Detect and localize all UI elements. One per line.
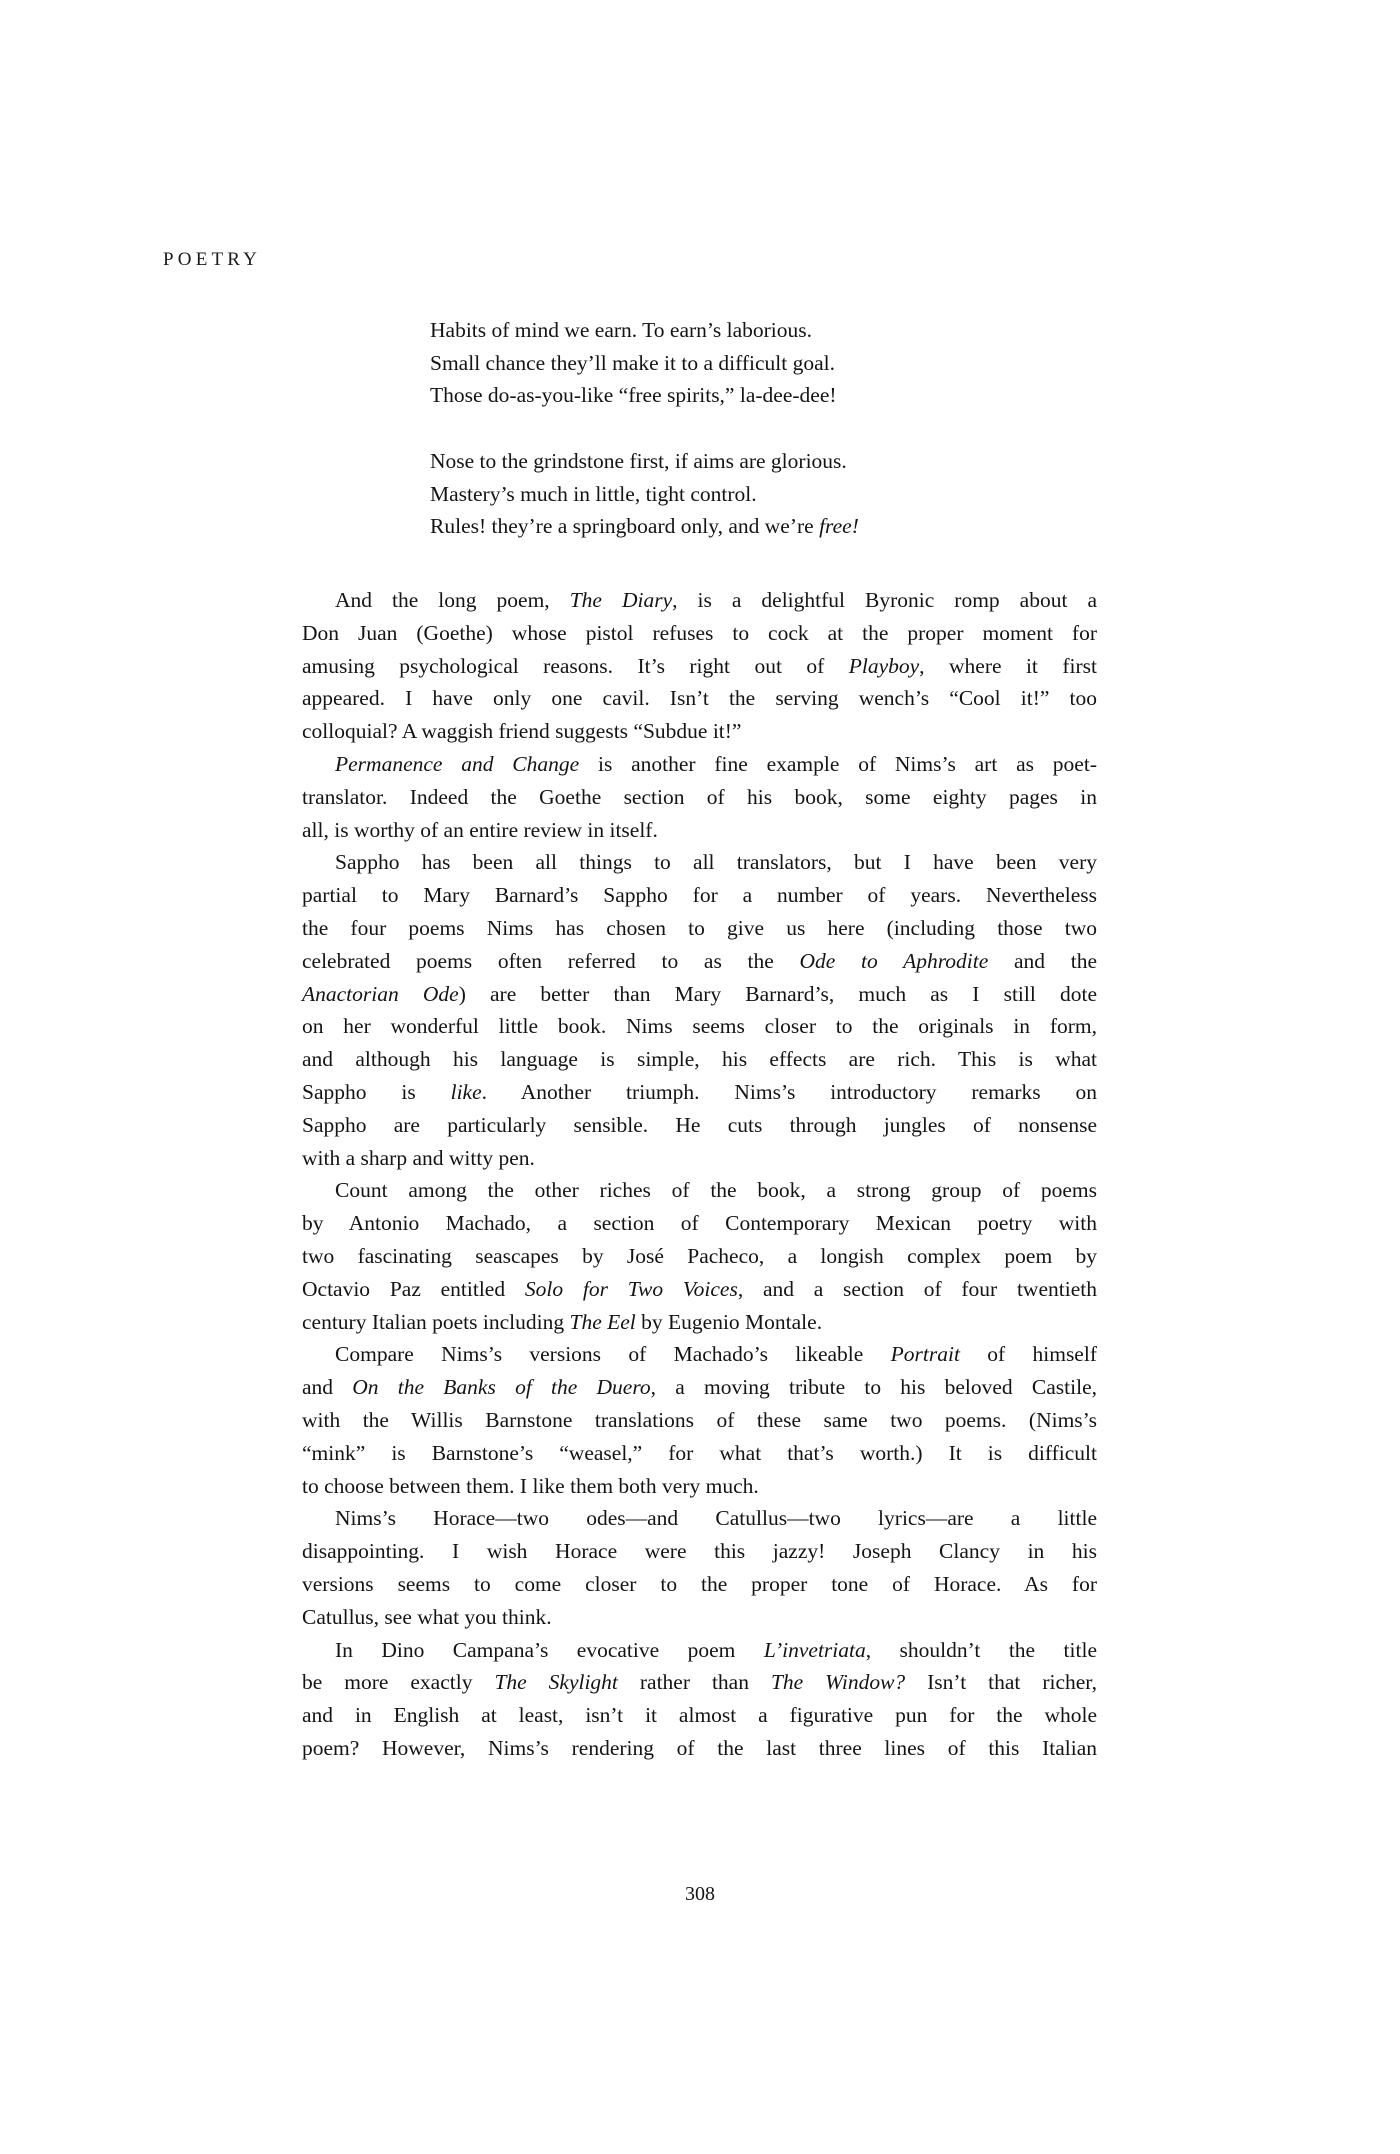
text-segment: and although his language is simple, his… bbox=[302, 1047, 1097, 1071]
italic-title: free! bbox=[819, 514, 859, 538]
text-line: the four poems Nims has chosen to give u… bbox=[302, 912, 1097, 945]
text-segment: and in English at least, isn’t it almost… bbox=[302, 1703, 1097, 1727]
poem-line: Rules! they’re a springboard only, and w… bbox=[430, 510, 859, 543]
text-segment: , is a delightful Byronic romp about a bbox=[672, 588, 1097, 612]
text-line: In Dino Campana’s evocative poem L’invet… bbox=[302, 1634, 1097, 1667]
poem-line: Those do-as-you-like “free spirits,” la-… bbox=[430, 379, 859, 412]
text-line: disappointing. I wish Horace were this j… bbox=[302, 1535, 1097, 1568]
text-line: Permanence and Change is another fine ex… bbox=[302, 748, 1097, 781]
text-segment: the four poems Nims has chosen to give u… bbox=[302, 916, 1097, 940]
text-segment: , a moving tribute to his beloved Castil… bbox=[651, 1375, 1097, 1399]
text-line: two fascinating seascapes by José Pachec… bbox=[302, 1240, 1097, 1273]
text-segment: be more exactly bbox=[302, 1670, 494, 1694]
text-line: Sappho are particularly sensible. He cut… bbox=[302, 1109, 1097, 1142]
poem-stanza: Habits of mind we earn. To earn’s labori… bbox=[430, 314, 859, 412]
text-segment: by Eugenio Montale. bbox=[636, 1310, 822, 1334]
italic-title: L’invetriata bbox=[764, 1638, 866, 1662]
text-segment: Mastery’s much in little, tight control. bbox=[430, 482, 757, 506]
italic-title: Permanence and Change bbox=[335, 752, 579, 776]
text-segment: Habits of mind we earn. To earn’s labori… bbox=[430, 318, 812, 342]
italic-title: Playboy bbox=[849, 654, 919, 678]
text-segment: Sappho are particularly sensible. He cut… bbox=[302, 1113, 1097, 1137]
text-segment: Octavio Paz entitled bbox=[302, 1277, 525, 1301]
text-line: with a sharp and witty pen. bbox=[302, 1142, 1097, 1175]
text-segment: with the Willis Barnstone translations o… bbox=[302, 1408, 1097, 1432]
text-segment: Compare Nims’s versions of Machado’s lik… bbox=[335, 1342, 891, 1366]
text-segment: is another fine example of Nims’s art as… bbox=[579, 752, 1097, 776]
italic-title: Portrait bbox=[891, 1342, 960, 1366]
paragraph: Count among the other riches of the book… bbox=[302, 1174, 1097, 1338]
text-segment: Sappho is bbox=[302, 1080, 451, 1104]
text-segment: to choose between them. I like them both… bbox=[302, 1474, 759, 1498]
text-segment: century Italian poets including bbox=[302, 1310, 569, 1334]
text-line: and On the Banks of the Duero, a moving … bbox=[302, 1371, 1097, 1404]
text-line: colloquial? A waggish friend suggests “S… bbox=[302, 715, 1097, 748]
poem-stanza: Nose to the grindstone first, if aims ar… bbox=[430, 445, 859, 543]
text-segment: rather than bbox=[618, 1670, 771, 1694]
text-line: and although his language is simple, his… bbox=[302, 1043, 1097, 1076]
text-segment: on her wonderful little book. Nims seems… bbox=[302, 1014, 1097, 1038]
text-line: translator. Indeed the Goethe section of… bbox=[302, 781, 1097, 814]
text-segment: two fascinating seascapes by José Pachec… bbox=[302, 1244, 1097, 1268]
poem-line: Mastery’s much in little, tight control. bbox=[430, 478, 859, 511]
text-segment: Rules! they’re a springboard only, and w… bbox=[430, 514, 819, 538]
italic-title: like bbox=[451, 1080, 482, 1104]
text-segment: Small chance they’ll make it to a diffic… bbox=[430, 351, 835, 375]
text-segment: In Dino Campana’s evocative poem bbox=[335, 1638, 764, 1662]
text-segment: “mink” is Barnstone’s “weasel,” for what… bbox=[302, 1441, 1097, 1465]
paragraph: Sappho has been all things to all transl… bbox=[302, 846, 1097, 1174]
text-segment: by Antonio Machado, a section of Contemp… bbox=[302, 1211, 1097, 1235]
italic-title: Anactorian Ode bbox=[302, 982, 459, 1006]
text-segment: and bbox=[302, 1375, 352, 1399]
text-segment: And the long poem, bbox=[335, 588, 570, 612]
poem-line: Small chance they’ll make it to a diffic… bbox=[430, 347, 859, 380]
text-line: And the long poem, The Diary, is a delig… bbox=[302, 584, 1097, 617]
text-line: Sappho has been all things to all transl… bbox=[302, 846, 1097, 879]
italic-title: The Skylight bbox=[494, 1670, 617, 1694]
text-segment: ) are better than Mary Barnard’s, much a… bbox=[459, 982, 1097, 1006]
paragraph: Compare Nims’s versions of Machado’s lik… bbox=[302, 1338, 1097, 1502]
text-segment: celebrated poems often referred to as th… bbox=[302, 949, 800, 973]
text-segment: , shouldn’t the title bbox=[866, 1638, 1097, 1662]
text-line: appeared. I have only one cavil. Isn’t t… bbox=[302, 682, 1097, 715]
text-line: “mink” is Barnstone’s “weasel,” for what… bbox=[302, 1437, 1097, 1470]
text-segment: and the bbox=[988, 949, 1097, 973]
text-line: poem? However, Nims’s rendering of the l… bbox=[302, 1732, 1097, 1765]
paragraph: Nims’s Horace—two odes—and Catullus—two … bbox=[302, 1502, 1097, 1633]
text-line: Nims’s Horace—two odes—and Catullus—two … bbox=[302, 1502, 1097, 1535]
text-segment: Isn’t that richer, bbox=[905, 1670, 1097, 1694]
text-line: on her wonderful little book. Nims seems… bbox=[302, 1010, 1097, 1043]
text-segment: , where it first bbox=[919, 654, 1097, 678]
text-segment: poem? However, Nims’s rendering of the l… bbox=[302, 1736, 1097, 1760]
paragraph: And the long poem, The Diary, is a delig… bbox=[302, 584, 1097, 748]
page-number: 308 bbox=[0, 1882, 1400, 1906]
italic-title: The Window? bbox=[771, 1670, 905, 1694]
text-segment: all, is worthy of an entire review in it… bbox=[302, 818, 658, 842]
text-segment: Nims’s Horace—two odes—and Catullus—two … bbox=[335, 1506, 1097, 1530]
text-segment: Those do-as-you-like “free spirits,” la-… bbox=[430, 383, 837, 407]
text-segment: , and a section of four twentieth bbox=[738, 1277, 1097, 1301]
italic-title: Solo for Two Voices bbox=[525, 1277, 738, 1301]
paragraph: Permanence and Change is another fine ex… bbox=[302, 748, 1097, 846]
text-segment: translator. Indeed the Goethe section of… bbox=[302, 785, 1097, 809]
running-head: POETRY bbox=[163, 249, 261, 271]
italic-title: The Eel bbox=[569, 1310, 635, 1334]
text-line: amusing psychological reasons. It’s righ… bbox=[302, 650, 1097, 683]
text-segment: amusing psychological reasons. It’s righ… bbox=[302, 654, 849, 678]
text-segment: partial to Mary Barnard’s Sappho for a n… bbox=[302, 883, 1097, 907]
text-line: be more exactly The Skylight rather than… bbox=[302, 1666, 1097, 1699]
text-line: Compare Nims’s versions of Machado’s lik… bbox=[302, 1338, 1097, 1371]
poem-line: Nose to the grindstone first, if aims ar… bbox=[430, 445, 859, 478]
text-line: Don Juan (Goethe) whose pistol refuses t… bbox=[302, 617, 1097, 650]
paragraph: In Dino Campana’s evocative poem L’invet… bbox=[302, 1634, 1097, 1765]
text-segment: disappointing. I wish Horace were this j… bbox=[302, 1539, 1097, 1563]
text-segment: Nose to the grindstone first, if aims ar… bbox=[430, 449, 847, 473]
text-line: celebrated poems often referred to as th… bbox=[302, 945, 1097, 978]
italic-title: On the Banks of the Duero bbox=[352, 1375, 650, 1399]
text-line: all, is worthy of an entire review in it… bbox=[302, 814, 1097, 847]
poem-line: Habits of mind we earn. To earn’s labori… bbox=[430, 314, 859, 347]
italic-title: The Diary bbox=[570, 588, 672, 612]
text-line: to choose between them. I like them both… bbox=[302, 1470, 1097, 1503]
text-segment: appeared. I have only one cavil. Isn’t t… bbox=[302, 686, 1097, 710]
text-line: Catullus, see what you think. bbox=[302, 1601, 1097, 1634]
text-segment: Catullus, see what you think. bbox=[302, 1605, 552, 1629]
text-segment: Don Juan (Goethe) whose pistol refuses t… bbox=[302, 621, 1097, 645]
text-line: with the Willis Barnstone translations o… bbox=[302, 1404, 1097, 1437]
text-line: Octavio Paz entitled Solo for Two Voices… bbox=[302, 1273, 1097, 1306]
text-segment: . Another triumph. Nims’s introductory r… bbox=[482, 1080, 1097, 1104]
text-segment: with a sharp and witty pen. bbox=[302, 1146, 535, 1170]
text-segment: Sappho has been all things to all transl… bbox=[335, 850, 1097, 874]
text-line: Sappho is like. Another triumph. Nims’s … bbox=[302, 1076, 1097, 1109]
text-segment: versions seems to come closer to the pro… bbox=[302, 1572, 1097, 1596]
text-line: partial to Mary Barnard’s Sappho for a n… bbox=[302, 879, 1097, 912]
text-line: and in English at least, isn’t it almost… bbox=[302, 1699, 1097, 1732]
text-segment: of himself bbox=[960, 1342, 1097, 1366]
text-segment: Count among the other riches of the book… bbox=[335, 1178, 1097, 1202]
text-line: Count among the other riches of the book… bbox=[302, 1174, 1097, 1207]
text-line: versions seems to come closer to the pro… bbox=[302, 1568, 1097, 1601]
review-body: And the long poem, The Diary, is a delig… bbox=[302, 584, 1097, 1765]
text-line: Anactorian Ode) are better than Mary Bar… bbox=[302, 978, 1097, 1011]
text-segment: colloquial? A waggish friend suggests “S… bbox=[302, 719, 741, 743]
text-line: by Antonio Machado, a section of Contemp… bbox=[302, 1207, 1097, 1240]
italic-title: Ode to Aphrodite bbox=[800, 949, 989, 973]
quoted-poem: Habits of mind we earn. To earn’s labori… bbox=[430, 314, 859, 543]
text-line: century Italian poets including The Eel … bbox=[302, 1306, 1097, 1339]
